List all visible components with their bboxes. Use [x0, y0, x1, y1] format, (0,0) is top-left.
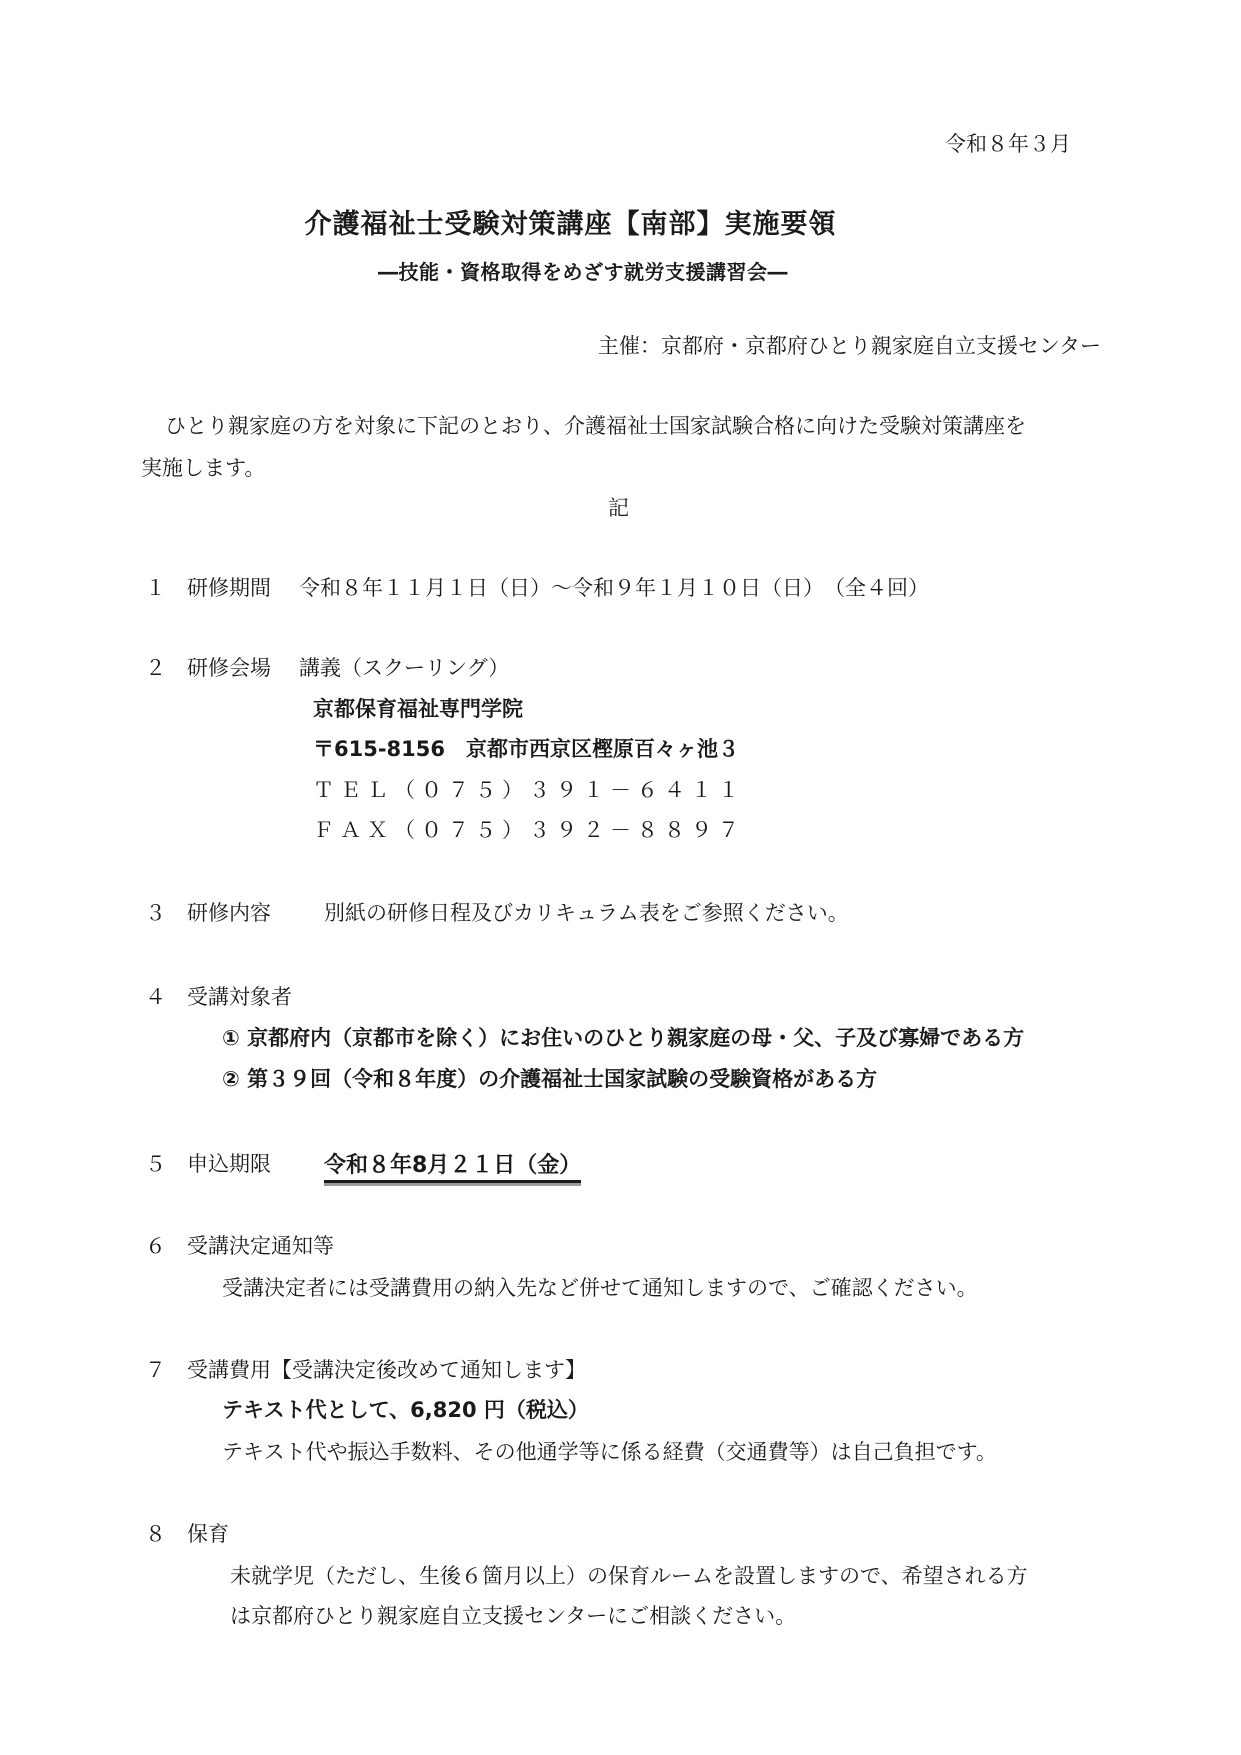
fee-amount: テキスト代として、6,820 円（税込） — [222, 1394, 589, 1424]
section-label: 保育 — [187, 1518, 229, 1548]
section-label: 受講対象者 — [187, 981, 292, 1011]
section-value: 令和８年１１月１日（日）～令和９年１月１０日（日） （全４回） — [299, 572, 929, 602]
section-number: ７ — [145, 1354, 166, 1384]
section-label: 受講費用【受講決定後改めて通知します】 — [187, 1354, 586, 1384]
deadline-date: 令和８年8月２１日（金） — [324, 1148, 581, 1183]
section-number: ６ — [145, 1230, 166, 1260]
ki-marker: 記 — [608, 492, 629, 522]
section-label: 研修会場 — [187, 652, 271, 682]
childcare-line-1: 未就学児（ただし、生後６箇月以上）の保育ルームを設置しますので、希望される方 — [230, 1560, 1028, 1590]
document-title-text: 介護福祉士受験対策講座【南部】実施要領 — [305, 202, 837, 241]
document-subtitle: ―技能・資格取得をめざす就労支援講習会― — [378, 256, 788, 285]
section-value: 別紙の研修日程及びカリキュラム表をご参照ください。 — [324, 897, 849, 927]
section-number: ３ — [145, 897, 166, 927]
intro-line-2: 実施します。 — [141, 452, 265, 482]
acceptance-notice-text: 受講決定者には受講費用の納入先など併せて通知しますので、ご確認ください。 — [222, 1272, 978, 1302]
section-number: ４ — [145, 981, 166, 1011]
section-number: １ — [145, 572, 166, 602]
section-label: 研修内容 — [187, 897, 271, 927]
document-date: 令和８年３月 — [945, 128, 1071, 158]
section-number: ５ — [145, 1148, 166, 1178]
childcare-line-2: は京都府ひとり親家庭自立支援センターにご相談ください。 — [230, 1600, 796, 1630]
section-label: 受講決定通知等 — [187, 1230, 334, 1260]
organizer: 主催：京都府・京都府ひとり親家庭自立支援センター — [598, 330, 1101, 360]
venue-address: 〒615-8156 京都市西京区樫原百々ヶ池３ — [313, 733, 739, 763]
fee-note: テキスト代や振込手数料、その他通学等に係る経費（交通費等）は自己負担です。 — [222, 1436, 997, 1466]
document-title: 介護福祉士受験対策講座【南部】実施要領 — [0, 202, 1241, 241]
section-value: 講義（スクーリング） — [299, 652, 509, 682]
eligibility-item-1: ① 京都府内（京都市を除く）にお住いのひとり親家庭の母・父、子及び寡婦である方 — [222, 1022, 1024, 1052]
venue-fax: ＦＡＸ（０７５）３９２－８８９７ — [313, 814, 745, 844]
section-number: ２ — [145, 652, 166, 682]
section-number: ８ — [145, 1518, 166, 1548]
section-label: 申込期限 — [187, 1148, 271, 1178]
section-label: 研修期間 — [187, 572, 271, 602]
eligibility-item-2: ② 第３９回（令和８年度）の介護福祉士国家試験の受験資格がある方 — [222, 1063, 877, 1093]
venue-name: 京都保育福祉専門学院 — [313, 693, 523, 723]
venue-tel: ＴＥＬ（０７５）３９１－６４１１ — [313, 774, 745, 804]
intro-line-1: ひとり親家庭の方を対象に下記のとおり、介護福祉士国家試験合格に向けた受験対策講座… — [165, 410, 1026, 440]
